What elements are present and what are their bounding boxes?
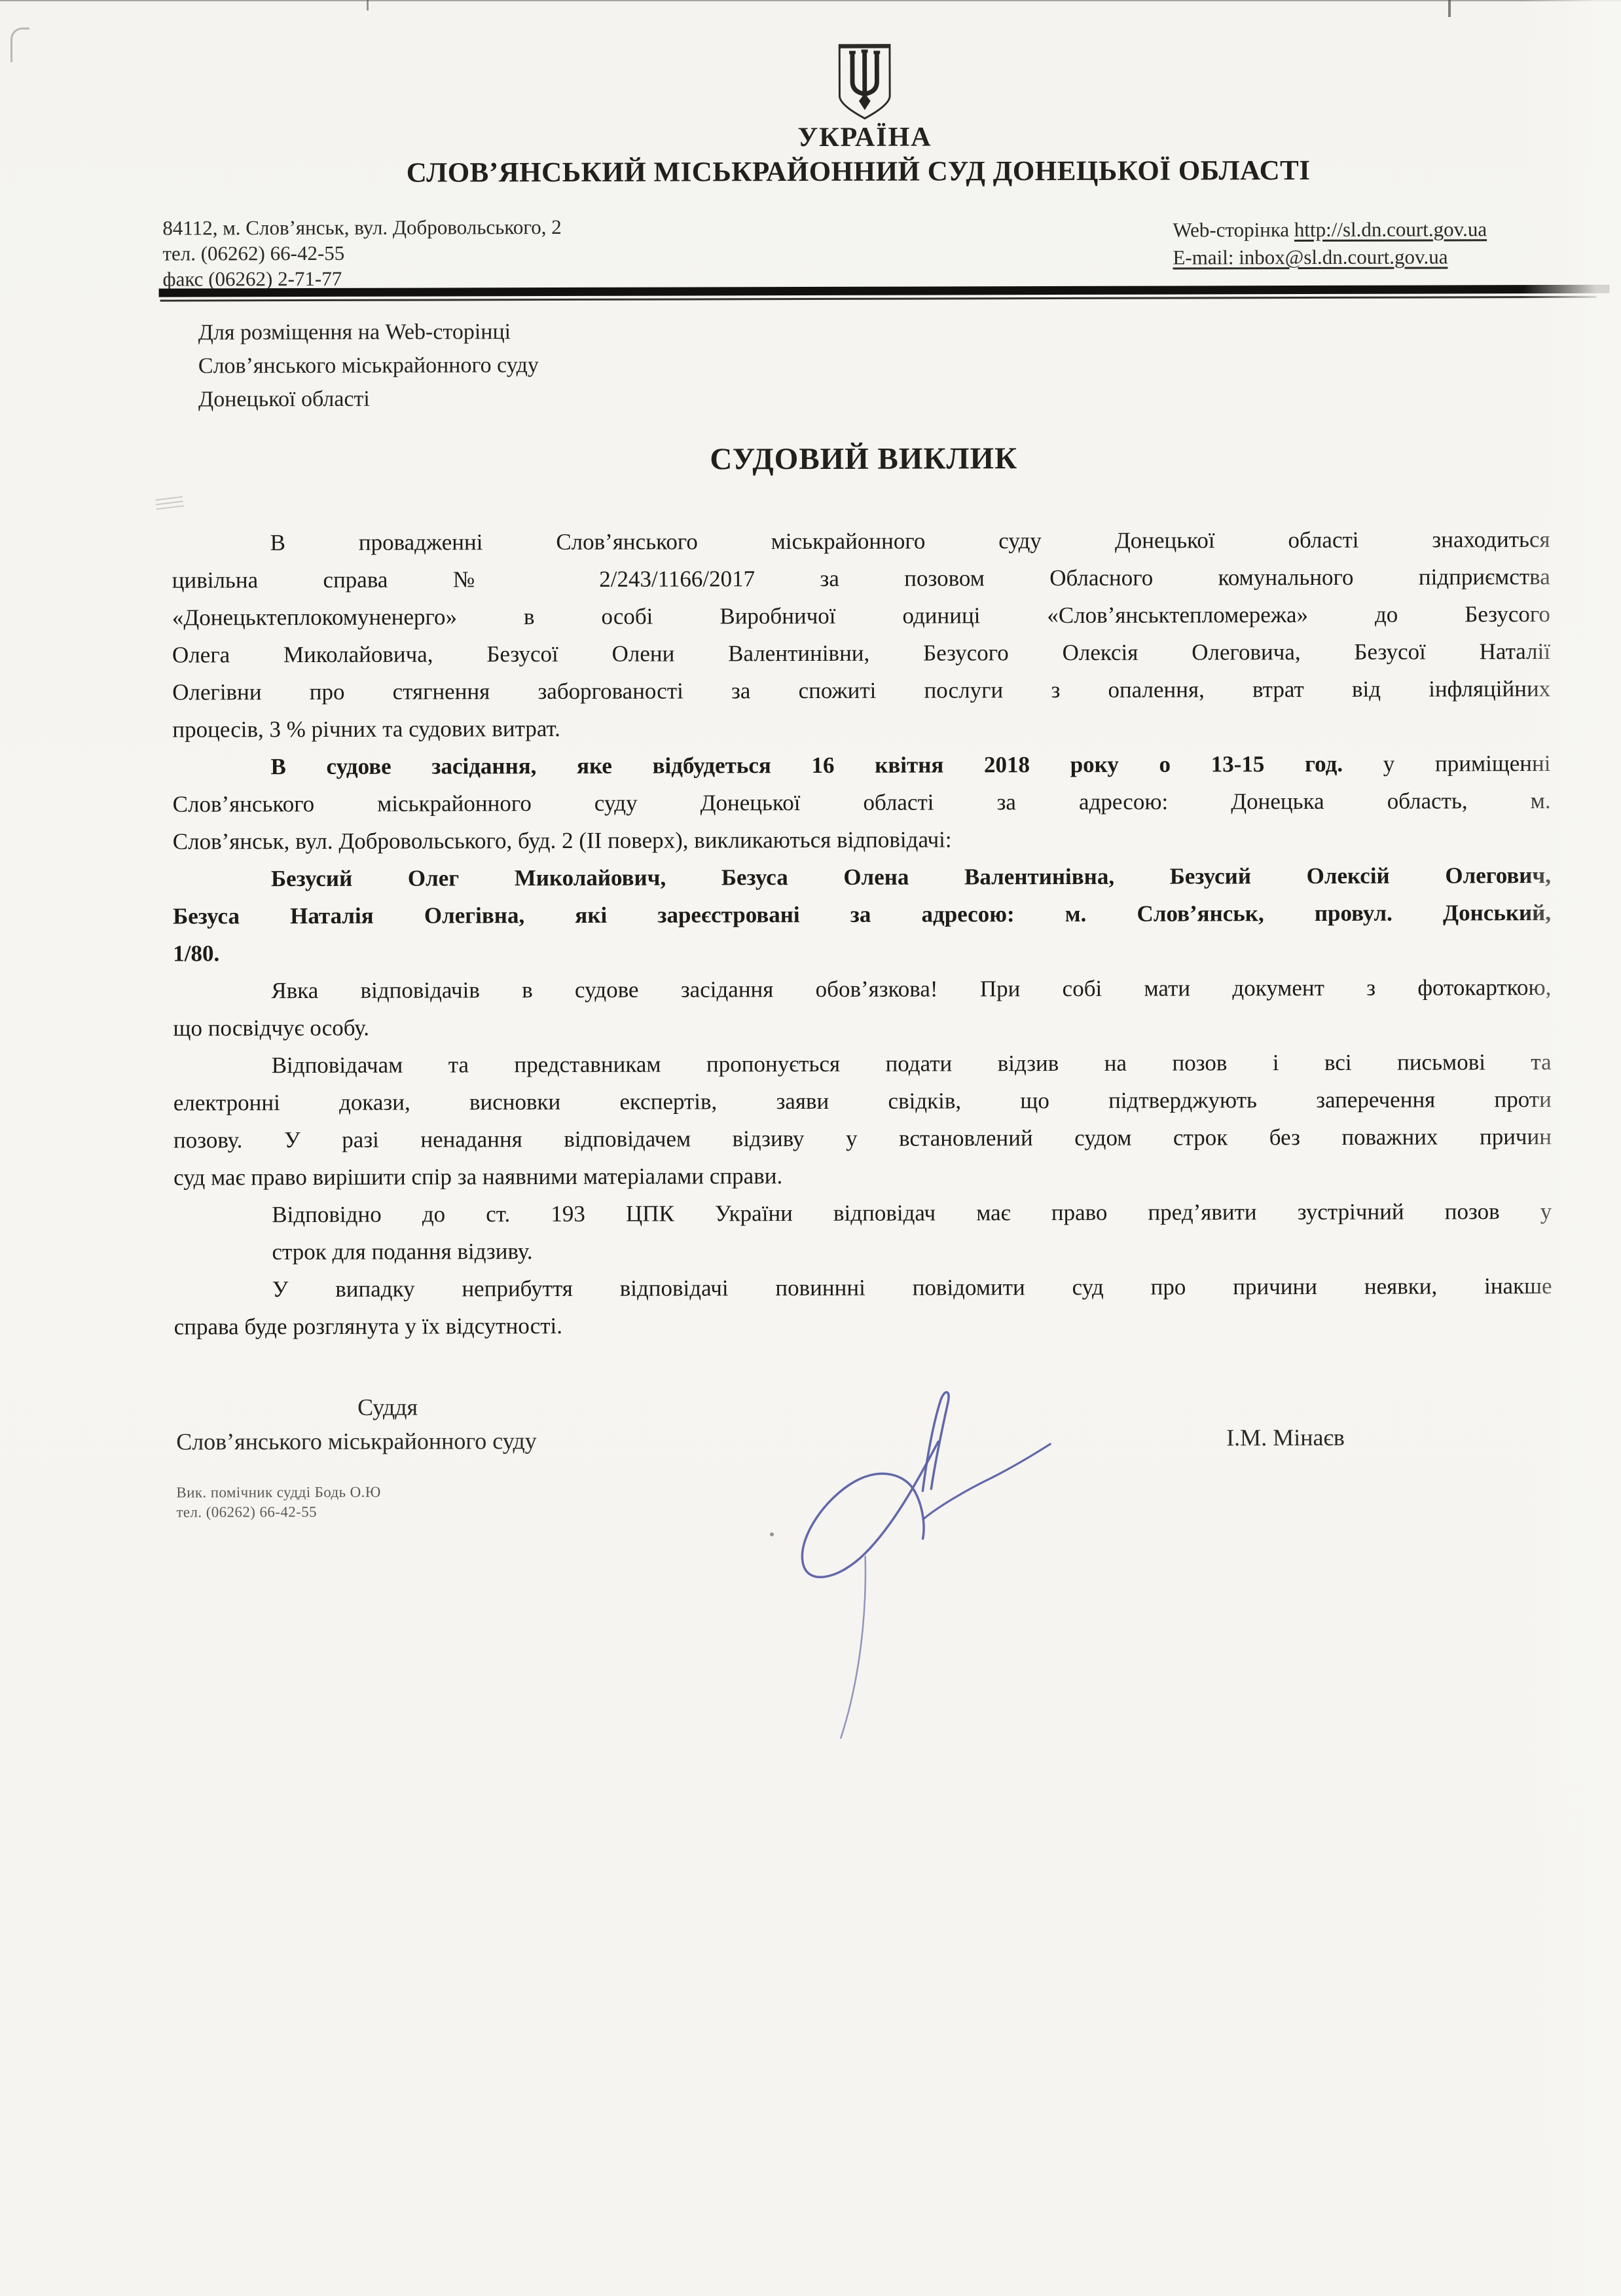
- web-line: Web-сторінка http://sl.dn.court.gov.ua: [1173, 215, 1487, 244]
- judge-role-line-1: Суддя: [357, 1394, 418, 1421]
- country-name: УКРАЇНА: [797, 122, 932, 154]
- body-line: Відповідно до ст. 193 ЦПК України відпов…: [173, 1193, 1552, 1234]
- scan-artifact-top-edge: [0, 0, 1621, 1]
- body-line: процесів, 3 % річних та судових витрат.: [172, 707, 1550, 749]
- court-address-block: 84112, м. Слов’янськ, вул. Добровольсько…: [162, 214, 562, 292]
- body-line: 1/80.: [173, 931, 1551, 972]
- document-content: УКРАЇНА СЛОВ’ЯНСЬКИЙ МІСЬКРАЙОННИЙ СУД Д…: [0, 0, 1621, 2296]
- scan-artifact-corner-curl: [10, 28, 29, 62]
- body-line: електронні докази, висновки експертів, з…: [173, 1081, 1552, 1122]
- judge-role-line-2: Слов’янського міськрайонного суду: [176, 1427, 537, 1455]
- phone-line: тел. (06262) 66-42-55: [162, 240, 562, 267]
- body-line: Слов’янського міськрайонного суду Донець…: [173, 782, 1551, 823]
- judge-name: І.М. Мінаєв: [1226, 1424, 1345, 1451]
- paragraph-1: В провадженні Слов’янського міськрайонно…: [172, 521, 1551, 749]
- body-line: що посвідчує особу.: [173, 1006, 1551, 1047]
- body-line: Олегівни про стягнення заборгованості за…: [172, 670, 1550, 711]
- paragraph-4: Явка відповідачів в судове засідання обо…: [173, 969, 1551, 1047]
- scan-artifact-tick: [367, 0, 369, 10]
- recipient-line: Слов’янського міськрайонного суду: [198, 348, 539, 382]
- body-line: Безусий Олег Миколайович, Безуса Олена В…: [173, 857, 1551, 898]
- body-line: справа буде розглянута у їх відсутності.: [174, 1305, 1552, 1346]
- hearing-date-bold: В судове засідання, яке відбудеться 16 к…: [270, 751, 1343, 779]
- body-line: В провадженні Слов’янського міськрайонно…: [172, 521, 1550, 562]
- body-line: цивільна справа № 2/243/1166/2017 за поз…: [172, 558, 1550, 599]
- paragraph-5: Відповідачам та представникам пропонуєть…: [173, 1043, 1552, 1196]
- document-title: СУДОВИЙ ВИКЛИК: [710, 441, 1017, 477]
- body-line: Олега Миколайовича, Безусої Олени Валент…: [172, 633, 1550, 674]
- court-name: СЛОВ’ЯНСЬКИЙ МІСЬКРАЙОННИЙ СУД ДОНЕЦЬКОЇ…: [407, 155, 1311, 189]
- paragraph-3-defendants: Безусий Олег Миколайович, Безуса Олена В…: [173, 857, 1551, 972]
- body-line: суд має право вирішити спір за наявними …: [173, 1155, 1552, 1196]
- paragraph-2: В судове засідання, яке відбудеться 16 к…: [172, 745, 1550, 861]
- judge-handwritten-signature: [767, 1363, 1069, 1756]
- scan-artifact-ink-dot: [770, 1532, 774, 1536]
- clerk-line: тел. (06262) 66-42-55: [176, 1502, 381, 1523]
- body-line: Явка відповідачів в судове засідання обо…: [173, 969, 1551, 1010]
- web-url: http://sl.dn.court.gov.ua: [1294, 217, 1487, 241]
- ukraine-coat-of-arms-icon: [835, 43, 894, 120]
- paragraph-7: У випадку неприбуття відповідачі повиннн…: [173, 1267, 1552, 1346]
- paragraph-6: Відповідно до ст. 193 ЦПК України відпов…: [173, 1193, 1552, 1271]
- recipient-line: Донецької області: [198, 382, 539, 416]
- body-line: В судове засідання, яке відбудеться 16 к…: [172, 745, 1550, 786]
- body-line: строк для подання відзиву.: [173, 1230, 1552, 1271]
- body-line: У випадку неприбуття відповідачі повиннн…: [173, 1267, 1552, 1308]
- scanned-court-summons-page: УКРАЇНА СЛОВ’ЯНСЬКИЙ МІСЬКРАЙОННИЙ СУД Д…: [0, 0, 1621, 2296]
- web-label: Web-сторінка: [1173, 218, 1289, 241]
- body-line: Безуса Наталія Олегівна, які зареєстрова…: [173, 894, 1551, 935]
- clerk-note: Вик. помічник судді Бодь О.Ю тел. (06262…: [176, 1483, 381, 1523]
- body-line: позову. У разі ненадання відповідачем ві…: [173, 1118, 1552, 1159]
- scan-artifact-tick: [1448, 0, 1451, 17]
- recipient-line: Для розміщення на Web-сторінці: [198, 315, 539, 349]
- recipient-note: Для розміщення на Web-сторінці Слов’янсь…: [198, 315, 539, 416]
- body-line: Відповідачам та представникам пропонуєть…: [173, 1043, 1552, 1084]
- clerk-line: Вик. помічник судді Бодь О.Ю: [176, 1483, 381, 1503]
- body-line: «Донецьктеплокомуненерго» в особі Виробн…: [172, 595, 1550, 637]
- body-line-rest: у приміщенні: [1383, 750, 1551, 777]
- body-line: Слов’янськ, вул. Добровольського, буд. 2…: [173, 819, 1551, 861]
- court-web-contacts-block: Web-сторінка http://sl.dn.court.gov.ua E…: [1173, 215, 1487, 271]
- address-line: 84112, м. Слов’янськ, вул. Добровольсько…: [162, 214, 562, 241]
- document-body: В провадженні Слов’янського міськрайонно…: [172, 521, 1552, 1346]
- email-line: E-mail: inbox@sl.dn.court.gov.ua: [1173, 243, 1487, 271]
